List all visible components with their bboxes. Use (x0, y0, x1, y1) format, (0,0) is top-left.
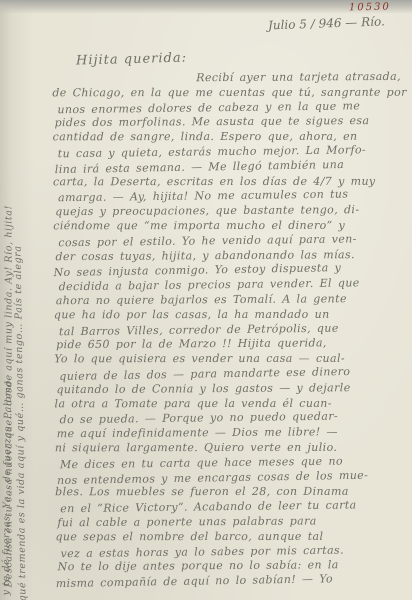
catalog-number: 10530 (349, 2, 391, 14)
letter-body: Recibí ayer una tarjeta atrasada,de Chic… (54, 70, 410, 590)
date-line: Julio 5 / 946 — Río. (268, 14, 408, 33)
handwritten-line: quejas y preocupaciones, que bastante te… (55, 203, 407, 220)
letter-scan-page: 10530 Julio 5 / 946 — Río. Hijita querid… (0, 0, 412, 600)
handwritten-line: me aquí indefinidamente — Dios me libre!… (57, 425, 409, 442)
salutation: Hijita querida: (76, 51, 187, 69)
handwritten-line: Recibí ayer una tarjeta atrasada, (196, 70, 406, 86)
